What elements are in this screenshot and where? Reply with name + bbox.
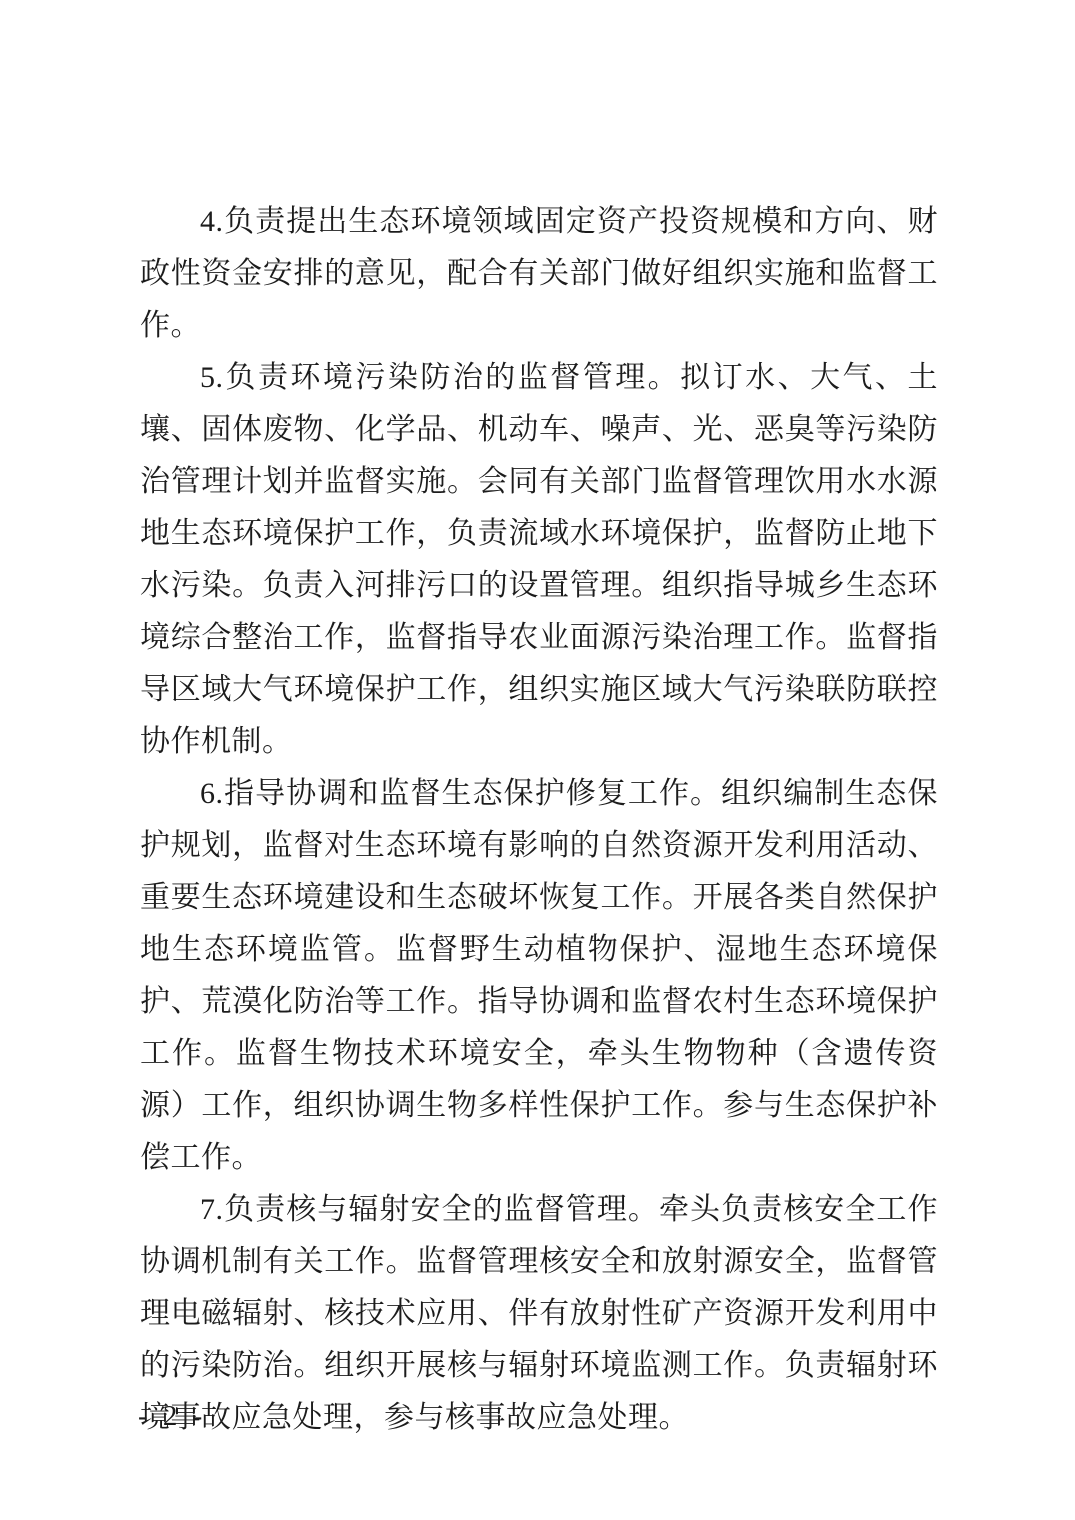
body-paragraph-item6: 6.指导协调和监督生态保护修复工作。组织编制生态保护规划，监督对生态环境有影响的… (140, 768, 938, 1184)
body-paragraph-item4: 4.负责提出生态环境领域固定资产投资规模和方向、财政性资金安排的意见，配合有关部… (140, 196, 938, 352)
document-page: 4.负责提出生态环境领域固定资产投资规模和方向、财政性资金安排的意见，配合有关部… (0, 0, 1075, 1520)
page-number: - 2 - (138, 1400, 206, 1433)
document-body: 4.负责提出生态环境领域固定资产投资规模和方向、财政性资金安排的意见，配合有关部… (140, 196, 938, 1444)
body-paragraph-item7: 7.负责核与辐射安全的监督管理。牵头负责核安全工作协调机制有关工作。监督管理核安… (140, 1184, 938, 1444)
body-paragraph-item5: 5.负责环境污染防治的监督管理。拟订水、大气、土壤、固体废物、化学品、机动车、噪… (140, 352, 938, 768)
